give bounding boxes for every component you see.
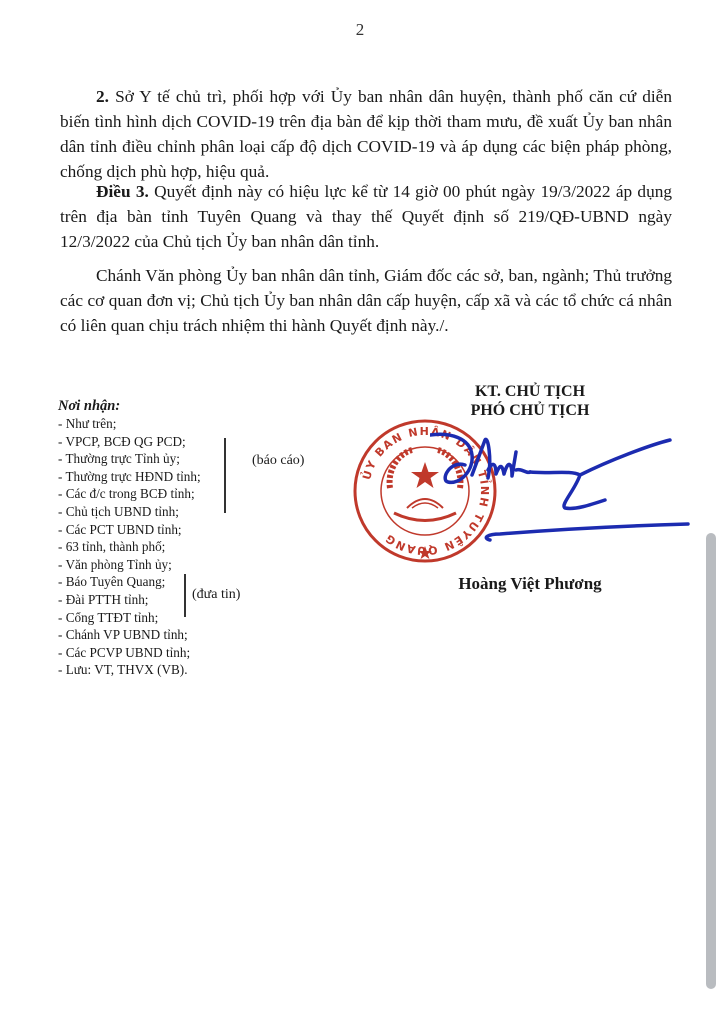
page-number: 2	[0, 20, 720, 40]
recipient-item: - Thường trực Tỉnh ủy;	[58, 450, 201, 468]
signer-name: Hoàng Việt Phương	[425, 574, 635, 594]
bracket-divider	[184, 574, 186, 617]
recipient-item: - Thường trực HĐND tỉnh;	[58, 468, 201, 486]
item-number: 2.	[96, 87, 109, 106]
recipient-item: - Các PCVP UBND tỉnh;	[58, 644, 201, 662]
recipient-item: - 63 tỉnh, thành phố;	[58, 538, 201, 556]
paragraph-text: Sở Y tế chủ trì, phối hợp với Ủy ban nhâ…	[60, 87, 672, 181]
handwritten-signature-icon	[430, 430, 690, 550]
recipient-item: - Văn phòng Tỉnh ủy;	[58, 556, 201, 574]
recipient-item: - Chánh VP UBND tỉnh;	[58, 626, 201, 644]
paragraph-item-2: 2. Sở Y tế chủ trì, phối hợp với Ủy ban …	[60, 84, 672, 184]
recipients-title: Nơi nhận:	[58, 398, 201, 415]
paragraph-article-3: Điều 3. Quyết định này có hiệu lực kể từ…	[60, 179, 672, 254]
recipient-item: - VPCP, BCĐ QG PCD;	[58, 433, 201, 451]
bracket-divider	[224, 438, 226, 513]
recipient-item: - Chủ tịch UBND tỉnh;	[58, 503, 201, 521]
recipient-item: - Cổng TTĐT tỉnh;	[58, 609, 201, 627]
article-label: Điều 3.	[96, 182, 149, 201]
recipient-item: - Như trên;	[58, 415, 201, 433]
paragraph-text: Quyết định này có hiệu lực kể từ 14 giờ …	[60, 182, 672, 251]
paragraph-execution: Chánh Văn phòng Ủy ban nhân dân tỉnh, Gi…	[60, 263, 672, 338]
paragraph-text: Chánh Văn phòng Ủy ban nhân dân tỉnh, Gi…	[60, 266, 672, 335]
recipient-item: - Báo Tuyên Quang;	[58, 573, 201, 591]
recipient-item: - Lưu: VT, THVX (VB).	[58, 661, 201, 679]
group-note-report: (báo cáo)	[252, 453, 304, 469]
group-note-publish: (đưa tin)	[192, 587, 240, 603]
recipients-list: Nơi nhận: - Như trên;- VPCP, BCĐ QG PCD;…	[58, 398, 201, 679]
recipient-item: - Các PCT UBND tỉnh;	[58, 521, 201, 539]
vertical-scrollbar[interactable]	[706, 533, 716, 989]
recipient-item: - Các đ/c trong BCĐ tỉnh;	[58, 485, 201, 503]
recipient-item: - Đài PTTH tỉnh;	[58, 591, 201, 609]
signer-authority: KT. CHỦ TỊCH	[430, 382, 630, 401]
